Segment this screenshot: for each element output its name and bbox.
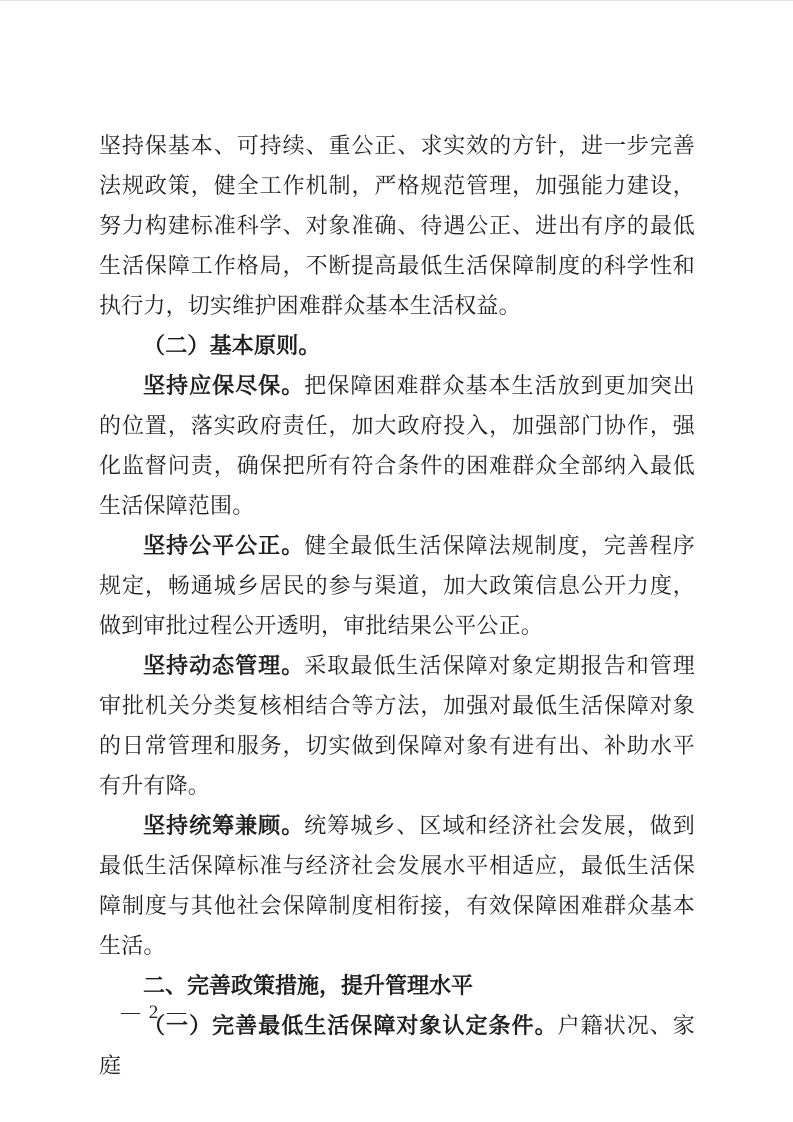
paragraph-principle-full-coverage: 坚持应保尽保。把保障困难群众基本生活放到更加突出的位置，落实政府责任，加大政府投…: [99, 366, 695, 526]
scan-edge-line: [0, 0, 793, 1]
paragraph-text: 坚持保基本、可持续、重公正、求实效的方针，进一步完善法规政策，健全工作机制，严格…: [99, 133, 695, 318]
paragraph-principle-dynamic-management: 坚持动态管理。采取最低生活保障对象定期报告和管理审批机关分类复核相结合等方法，加…: [99, 646, 695, 806]
paragraph-subsection-eligibility: （一）完善最低生活保障对象认定条件。户籍状况、家庭: [99, 1006, 695, 1086]
document-page: 坚持保基本、可持续、重公正、求实效的方针，进一步完善法规政策，健全工作机制，严格…: [0, 0, 793, 1122]
paragraph-principle-overall-planning: 坚持统筹兼顾。统筹城乡、区域和经济社会发展，做到最低生活保障标准与经济社会发展水…: [99, 806, 695, 966]
principle-lead: 坚持统筹兼顾。: [143, 813, 304, 838]
paragraph-continuation: 坚持保基本、可持续、重公正、求实效的方针，进一步完善法规政策，健全工作机制，严格…: [99, 126, 695, 326]
page-number: — 2 —: [121, 999, 188, 1027]
section-heading-improve-policy: 二、完善政策措施，提升管理水平: [99, 966, 695, 1006]
subsection-label: （二）基本原则。: [143, 333, 321, 358]
principle-lead: 坚持应保尽保。: [143, 373, 304, 398]
subsection-lead: （一）完善最低生活保障对象认定条件。: [143, 1013, 558, 1038]
principle-lead: 坚持动态管理。: [143, 653, 304, 678]
document-body: 坚持保基本、可持续、重公正、求实效的方针，进一步完善法规政策，健全工作机制，严格…: [99, 126, 695, 1086]
principle-lead: 坚持公平公正。: [143, 533, 304, 558]
subsection-heading-basic-principles: （二）基本原则。: [99, 326, 695, 366]
paragraph-principle-fairness: 坚持公平公正。健全最低生活保障法规制度，完善程序规定，畅通城乡居民的参与渠道，加…: [99, 526, 695, 646]
